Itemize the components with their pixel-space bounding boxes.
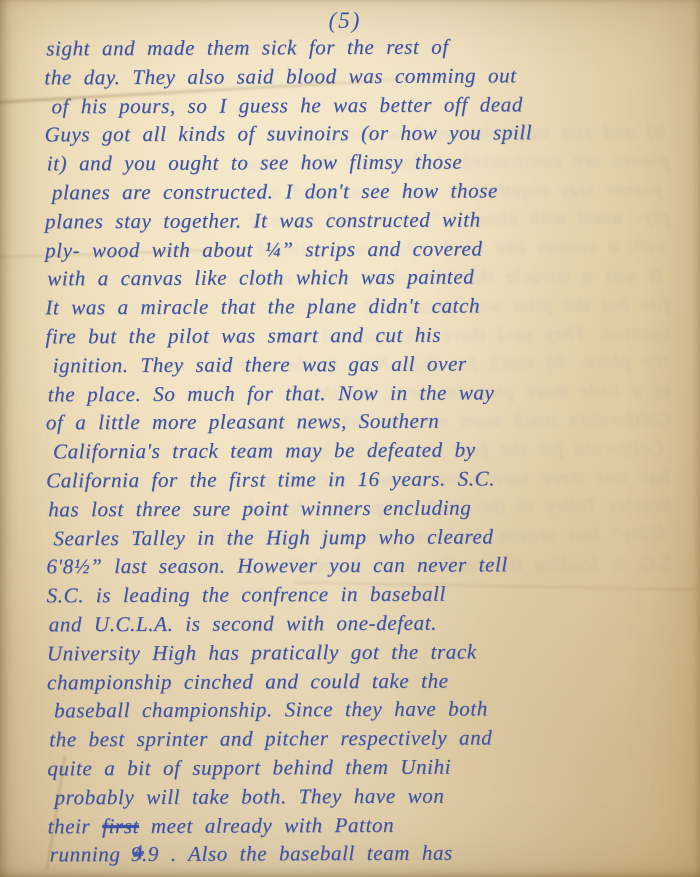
handwritten-text: their [48,814,103,838]
handwritten-text: ignition. They said there was gas all ov… [53,351,467,377]
handwritten-line: the day. They also said blood was commin… [44,60,674,92]
handwritten-line: of a little more pleasant news, Southern [46,406,676,438]
handwritten-text: It was a miracle that the plane didn't c… [45,294,480,320]
handwritten-text: S.C. is leading the confrence in basebal… [47,582,446,608]
handwritten-text: the day. They also said blood was commin… [44,63,516,89]
handwritten-text: fire but the pilot was smart and cut his [45,323,441,349]
handwritten-text: sight and made them sick for the rest of [46,35,449,61]
handwritten-line: running 49.9 . Also the baseball team ha… [50,838,678,870]
crossed-out-text: first [102,813,139,837]
handwritten-line: It was a miracle that the plane didn't c… [45,291,675,323]
handwritten-line: quite a bit of support behind them Unihi [47,752,677,784]
handwritten-line: has lost three sure point winners enclud… [48,492,676,524]
handwritten-text: baseball championship. Since they have b… [54,697,488,723]
handwritten-line: the place. So much for that. Now in the … [48,377,676,409]
handwritten-line: ply- wood with about ¼” strips and cover… [45,233,675,265]
handwritten-line: baseball championship. Since they have b… [54,694,677,726]
handwritten-text: planes are constructed. I don't see how … [52,178,498,204]
handwritten-line: ignition. They said there was gas all ov… [53,348,676,380]
handwritten-line: Guys got all kinds of suvinoirs (or how … [45,118,675,150]
crossed-out-text: 4 [131,838,145,868]
handwritten-line: fire but the pilot was smart and cut his [45,320,675,352]
handwritten-text: of his pours, so I guess he was better o… [51,92,523,118]
handwritten-text: quite a bit of support behind them Unihi [47,755,451,781]
handwritten-line: California for the first time in 16 year… [46,464,676,496]
handwritten-line: planes stay together. It was constructed… [45,204,675,236]
handwritten-line: planes are constructed. I don't see how … [52,176,675,208]
letter-body: sight and made them sick for the rest of… [44,32,678,870]
handwritten-line: S.C. is leading the confrence in basebal… [47,579,677,611]
handwritten-text: planes stay together. It was constructed… [45,207,481,233]
handwritten-text: Guys got all kinds of suvinoirs (or how … [45,121,533,147]
handwritten-line: Searles Talley in the High jump who clea… [53,521,676,553]
handwritten-line: with a canvas like cloth which was paint… [47,262,675,294]
letter-page: it) and you ought to see how flimsy thos… [0,0,700,877]
handwritten-text: 9.9 . Also the baseball team has [131,841,453,866]
handwritten-line: it) and you ought to see how flimsy thos… [47,147,675,179]
handwritten-text: running [50,842,133,866]
handwritten-line: sight and made them sick for the rest of [46,32,674,64]
handwritten-text: Searles Talley in the High jump who clea… [53,524,493,550]
handwritten-text: the place. So much for that. Now in the … [48,380,495,406]
handwritten-line: their first meet already with Patton [48,809,678,841]
handwritten-text: University High has pratically got the t… [47,639,477,665]
handwritten-text: 6'8½” last season. However you can never… [46,553,507,579]
handwritten-text: of a little more pleasant news, Southern [46,409,440,435]
handwritten-text: has lost three sure point winners enclud… [48,495,471,521]
handwritten-text: probably will take both. They have won [54,783,444,809]
handwritten-text: with a canvas like cloth which was paint… [47,265,474,291]
handwritten-text: meet already with Patton [139,812,394,837]
handwritten-text: it) and you ought to see how flimsy thos… [47,150,463,176]
handwritten-text: California for the first time in 16 year… [46,466,495,492]
page-number: (5) [0,8,690,34]
handwritten-line: California's track team may be defeated … [53,435,676,467]
handwritten-text: championship cinched and could take the [47,668,449,694]
handwritten-text: ply- wood with about ¼” strips and cover… [45,236,483,262]
handwritten-text: the best sprinter and pitcher respective… [49,726,492,752]
handwritten-line: University High has pratically got the t… [47,636,677,668]
handwritten-line: championship cinched and could take the [47,665,677,697]
handwritten-text: and U.C.L.A. is second with one-defeat. [49,611,437,637]
handwritten-line: 6'8½” last season. However you can never… [46,550,676,582]
handwritten-line: probably will take both. They have won [54,780,677,812]
handwritten-line: of his pours, so I guess he was better o… [51,89,674,121]
handwritten-text: California's track team may be defeated … [53,438,476,464]
handwritten-line: and U.C.L.A. is second with one-defeat. [49,608,677,640]
handwritten-line: the best sprinter and pitcher respective… [49,723,677,755]
